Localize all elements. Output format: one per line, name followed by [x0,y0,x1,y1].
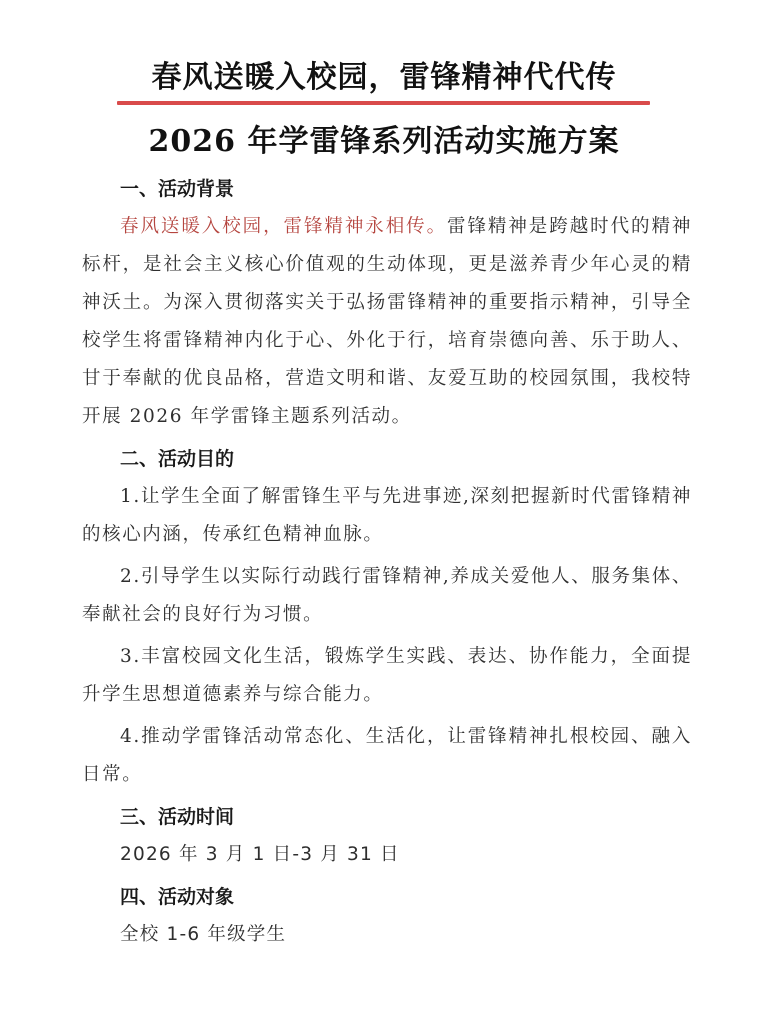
section-heading-background: 一、活动背景 [82,170,692,208]
purpose-item: 3.丰富校园文化生活，锻炼学生实践、表达、协作能力，全面提升学生思想道德素养与综… [82,638,692,714]
document-title: 春风送暖入校园，雷锋精神代代传 [0,52,768,96]
background-paragraph: 春风送暖入校园，雷锋精神永相传。雷锋精神是跨越时代的精神标杆，是社会主义核心价值… [82,208,692,436]
section-heading-purpose: 二、活动目的 [82,440,692,478]
section-heading-target: 四、活动对象 [82,878,692,916]
background-highlight: 春风送暖入校园，雷锋精神永相传。 [120,216,447,237]
document-body: 一、活动背景 春风送暖入校园，雷锋精神永相传。雷锋精神是跨越时代的精神标杆，是社… [82,170,692,958]
background-body: 雷锋精神是跨越时代的精神标杆，是社会主义核心价值观的生动体现，更是滋养青少年心灵… [82,216,692,427]
activity-time-value: 2026 年 3 月 1 日-3 月 31 日 [82,836,692,874]
section-heading-time: 三、活动时间 [82,798,692,836]
purpose-item: 4.推动学雷锋活动常态化、生活化，让雷锋精神扎根校园、融入日常。 [82,718,692,794]
activity-target-value: 全校 1-6 年级学生 [82,916,692,954]
document-subtitle: 2026 年学雷锋系列活动实施方案 [0,116,768,160]
title-divider [117,101,650,105]
purpose-item: 2.引导学生以实际行动践行雷锋精神,养成关爱他人、服务集体、奉献社会的良好行为习… [82,558,692,634]
purpose-item: 1.让学生全面了解雷锋生平与先进事迹,深刻把握新时代雷锋精神的核心内涵，传承红色… [82,478,692,554]
